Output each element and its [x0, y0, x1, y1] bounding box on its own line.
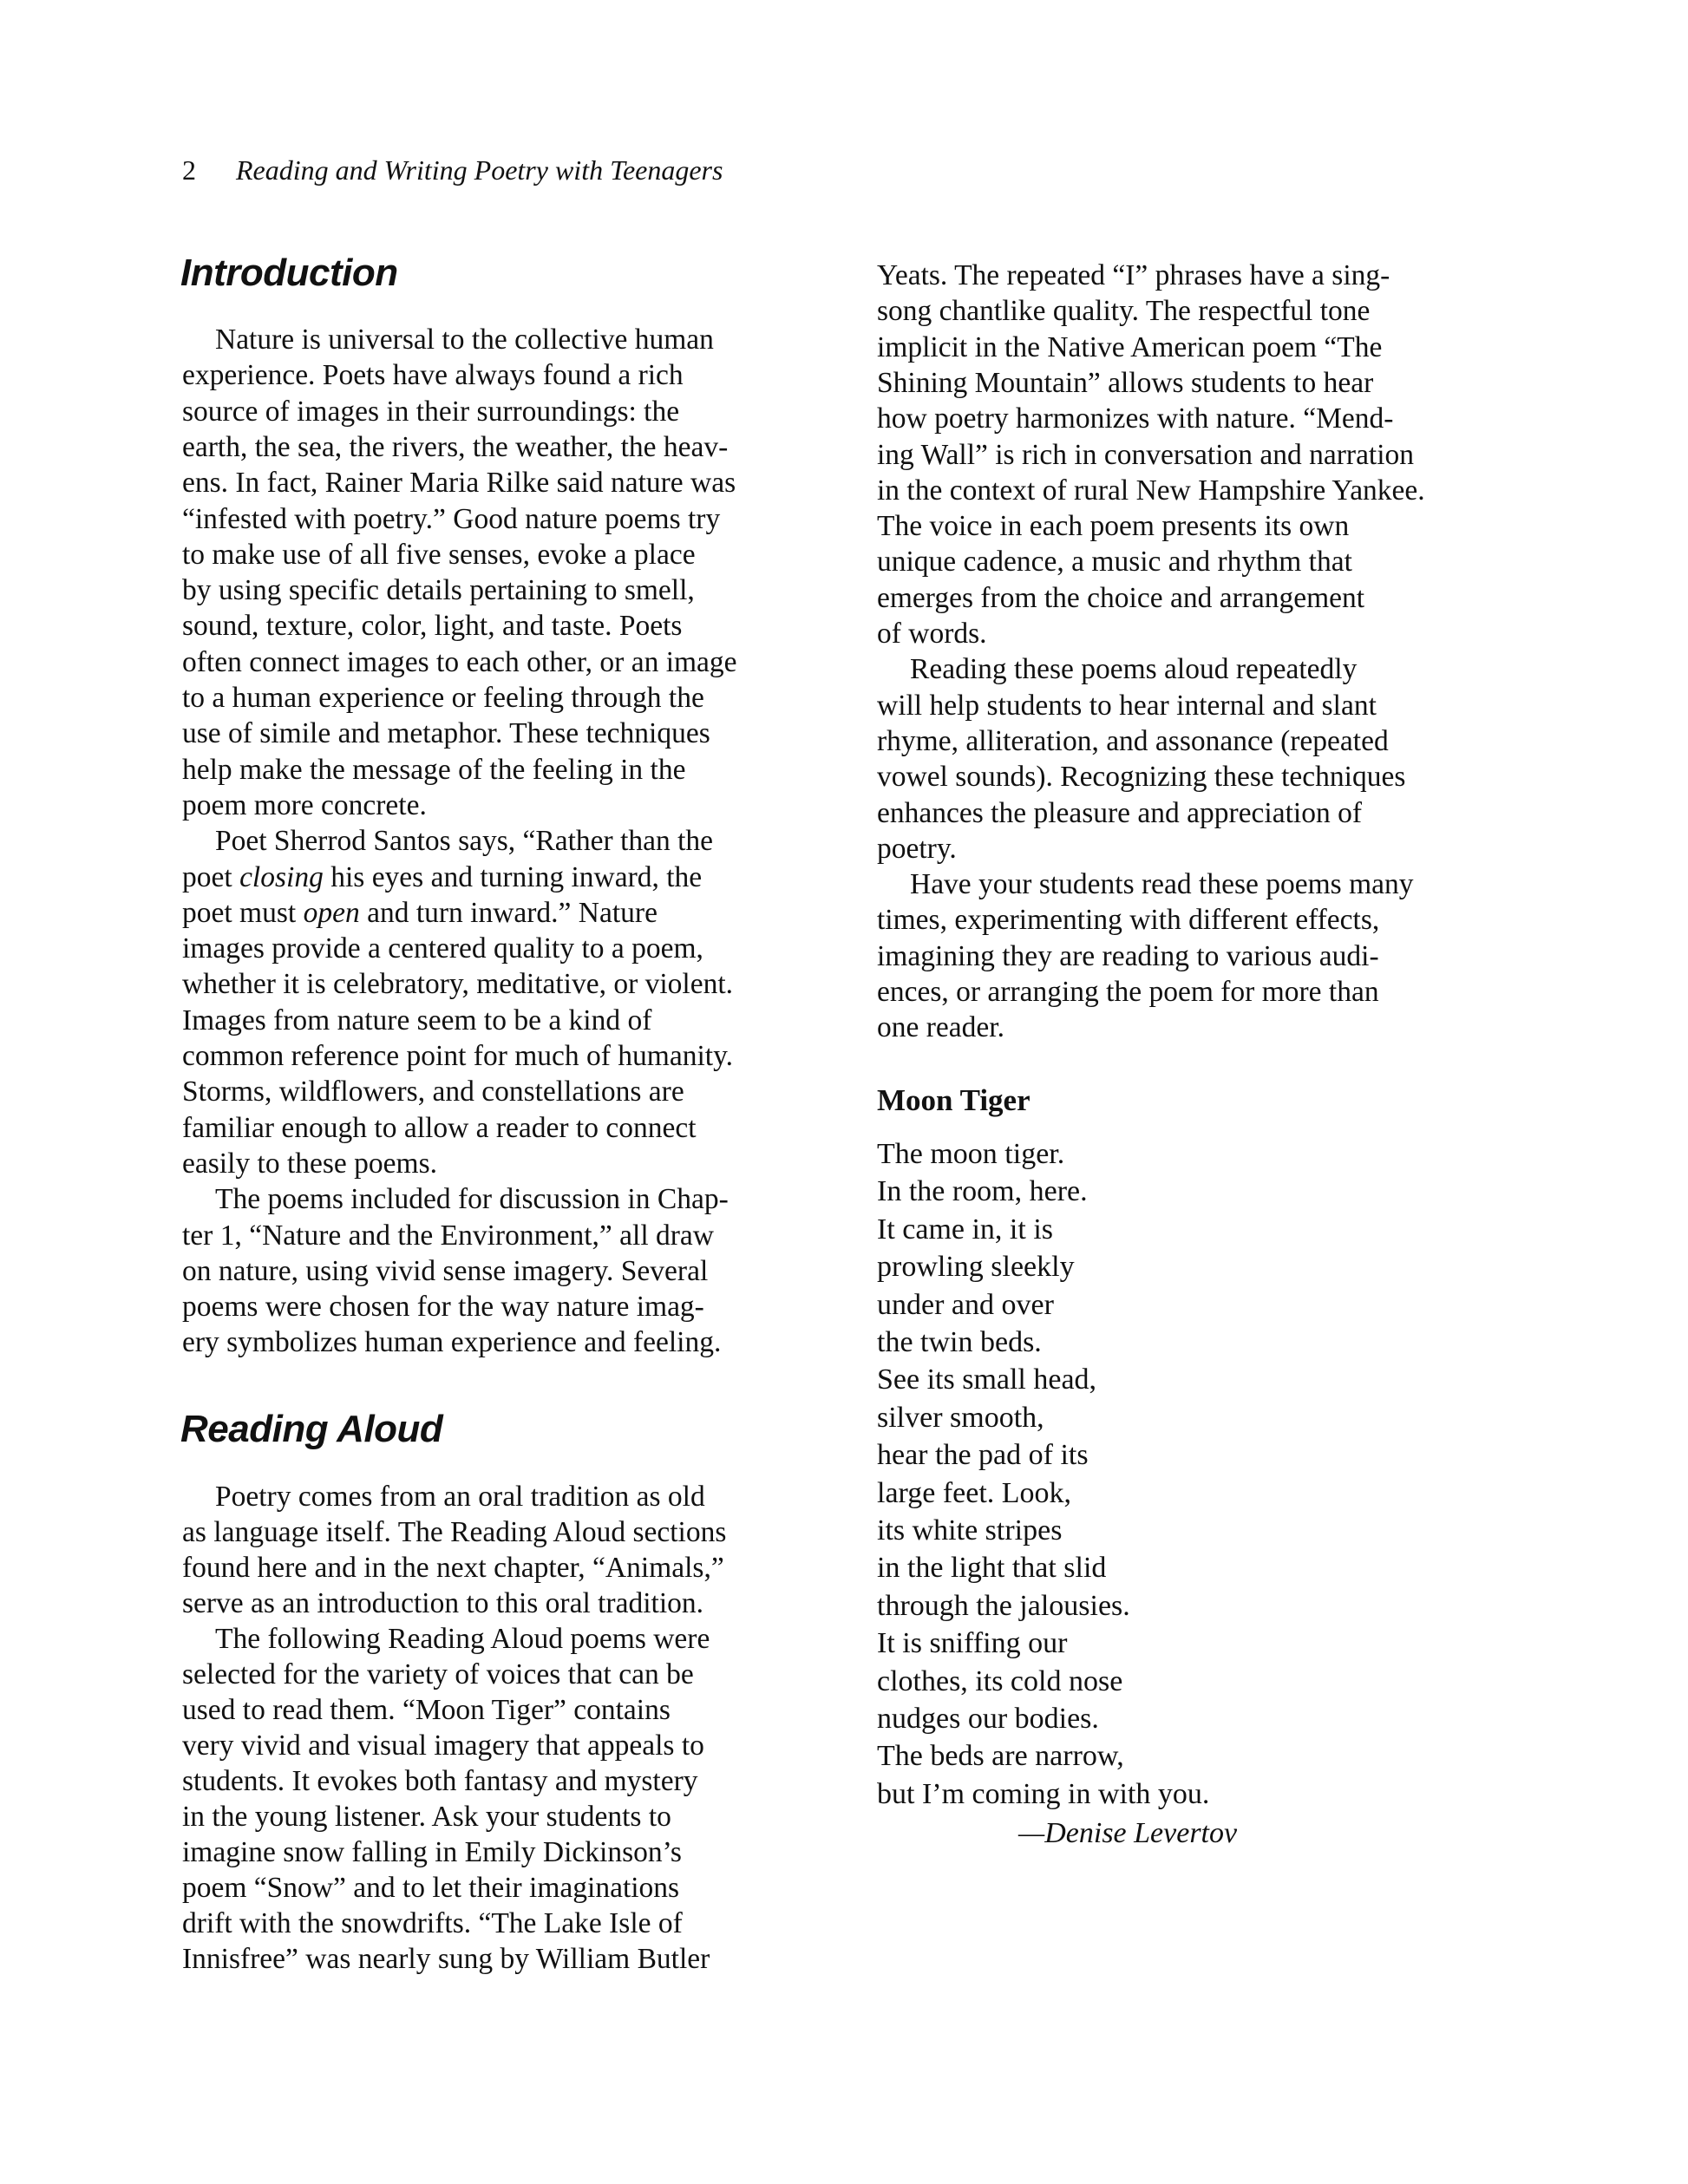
text-line: often connect images to each other, or a… [182, 644, 737, 680]
text-line: common reference point for much of human… [182, 1038, 733, 1074]
text-line: poem more concrete. [182, 788, 427, 823]
text-line: one reader. [877, 1010, 1004, 1045]
text-line: the twin beds. [877, 1324, 1042, 1361]
text-run: and turn inward.” Nature [360, 897, 658, 929]
text-line: The voice in each poem presents its own [877, 508, 1349, 544]
text-line: hear the pad of its [877, 1436, 1089, 1474]
text-line: use of simile and metaphor. These techni… [182, 716, 710, 751]
text-line: The following Reading Aloud poems were [215, 1621, 710, 1657]
text-line: experience. Poets have always found a ri… [182, 357, 684, 393]
text-line: Innisfree” was nearly sung by William Bu… [182, 1941, 710, 1977]
text-line: Yeats. The repeated “I” phrases have a s… [877, 258, 1390, 293]
text-line: in the context of rural New Hampshire Ya… [877, 473, 1425, 508]
text-line: ences, or arranging the poem for more th… [877, 974, 1379, 1010]
text-line: as language itself. The Reading Aloud se… [182, 1514, 726, 1550]
text-line: ter 1, “Nature and the Environment,” all… [182, 1218, 714, 1253]
text-line: The beds are narrow, [877, 1737, 1124, 1775]
text-line: implicit in the Native American poem “Th… [877, 330, 1382, 365]
text-line: earth, the sea, the rivers, the weather,… [182, 429, 728, 465]
text-run: poet must [182, 897, 304, 929]
emphasis: open [304, 897, 360, 929]
text-line: students. It evokes both fantasy and mys… [182, 1763, 698, 1799]
text-line: very vivid and visual imagery that appea… [182, 1728, 704, 1763]
text-line: unique cadence, a music and rhythm that [877, 544, 1352, 579]
text-line: images provide a centered quality to a p… [182, 931, 703, 966]
text-line: imagining they are reading to various au… [877, 938, 1379, 974]
text-line: of words. [877, 616, 987, 651]
text-line: help make the message of the feeling in … [182, 752, 685, 788]
text-line: It came in, it is [877, 1211, 1053, 1248]
text-line: imagine snow falling in Emily Dickinson’… [182, 1834, 682, 1870]
text-run: his eyes and turning inward, the [324, 861, 702, 893]
text-line: “infested with poetry.” Good nature poem… [182, 501, 720, 537]
book-page: 2 Reading and Writing Poetry with Teenag… [0, 0, 1688, 2184]
text-line: its white stripes [877, 1512, 1062, 1549]
text-line: vowel sounds). Recognizing these techniq… [877, 759, 1405, 794]
text-line: to make use of all five senses, evoke a … [182, 537, 696, 572]
text-line: poem “Snow” and to let their imagination… [182, 1870, 679, 1906]
text-line: found here and in the next chapter, “Ani… [182, 1550, 724, 1586]
text-line: emerges from the choice and arrangement [877, 580, 1364, 616]
book-title: Reading and Writing Poetry with Teenager… [236, 154, 723, 186]
text-line: but I’m coming in with you. [877, 1775, 1209, 1813]
text-line: Nature is universal to the collective hu… [215, 322, 714, 357]
text-line: The moon tiger. [877, 1135, 1064, 1173]
text-line: serve as an introduction to this oral tr… [182, 1586, 703, 1621]
text-line: clothes, its cold nose [877, 1663, 1122, 1700]
text-line: ery symbolizes human experience and feel… [182, 1324, 721, 1360]
text-line: by using specific details pertaining to … [182, 572, 695, 608]
text-line: will help students to hear internal and … [877, 688, 1377, 723]
poem-title: Moon Tiger [877, 1082, 1030, 1119]
text-line: The poems included for discussion in Cha… [215, 1181, 729, 1217]
text-run: poet [182, 861, 239, 893]
text-line: silver smooth, [877, 1399, 1044, 1436]
text-line: in the young listener. Ask your students… [182, 1799, 671, 1834]
text-line: Images from nature seem to be a kind of [182, 1003, 651, 1038]
text-line: Poet Sherrod Santos says, “Rather than t… [215, 823, 713, 859]
text-line: on nature, using vivid sense imagery. Se… [182, 1253, 708, 1289]
text-line: easily to these poems. [182, 1146, 437, 1181]
text-line: selected for the variety of voices that … [182, 1657, 694, 1692]
text-line: familiar enough to allow a reader to con… [182, 1110, 697, 1146]
text-line: Have your students read these poems many [910, 866, 1414, 902]
text-line: enhances the pleasure and appreciation o… [877, 795, 1362, 831]
text-line: in the light that slid [877, 1549, 1106, 1586]
text-line: It is sniffing our [877, 1625, 1067, 1662]
text-line: poetry. [877, 831, 957, 866]
text-line: ens. In fact, Rainer Maria Rilke said na… [182, 465, 736, 500]
text-line: under and over [877, 1286, 1054, 1324]
text-line: See its small head, [877, 1361, 1096, 1398]
text-line: used to read them. “Moon Tiger” contains [182, 1692, 671, 1728]
text-line: times, experimenting with different effe… [877, 902, 1379, 938]
text-line: whether it is celebratory, meditative, o… [182, 966, 733, 1002]
text-line: through the jalousies. [877, 1587, 1130, 1625]
text-line: poet must open and turn inward.” Nature [182, 895, 658, 931]
text-line: prowling sleekly [877, 1248, 1075, 1285]
text-line: Shining Mountain” allows students to hea… [877, 365, 1373, 401]
text-line: Reading these poems aloud repeatedly [910, 651, 1357, 687]
text-line: Storms, wildflowers, and constellations … [182, 1074, 684, 1109]
text-line: source of images in their surroundings: … [182, 394, 679, 429]
page-number: 2 [182, 154, 196, 186]
text-line: song chantlike quality. The respectful t… [877, 293, 1370, 329]
text-line: to a human experience or feeling through… [182, 680, 704, 716]
text-line: poems were chosen for the way nature ima… [182, 1289, 704, 1324]
text-line: ing Wall” is rich in conversation and na… [877, 437, 1414, 473]
text-line: In the room, here. [877, 1173, 1088, 1210]
text-line: Poetry comes from an oral tradition as o… [215, 1479, 705, 1514]
text-line: drift with the snowdrifts. “The Lake Isl… [182, 1906, 683, 1941]
text-line: poet closing his eyes and turning inward… [182, 860, 702, 895]
emphasis: closing [239, 861, 324, 893]
text-line: rhyme, alliteration, and assonance (repe… [877, 723, 1389, 759]
heading-introduction: Introduction [180, 252, 398, 295]
poem-attribution: —Denise Levertov [1018, 1815, 1237, 1852]
text-line: nudges our bodies. [877, 1700, 1099, 1737]
text-line: sound, texture, color, light, and taste.… [182, 608, 682, 644]
text-line: how poetry harmonizes with nature. “Mend… [877, 401, 1393, 436]
text-line: large feet. Look, [877, 1475, 1071, 1512]
heading-reading-aloud: Reading Aloud [180, 1408, 442, 1451]
